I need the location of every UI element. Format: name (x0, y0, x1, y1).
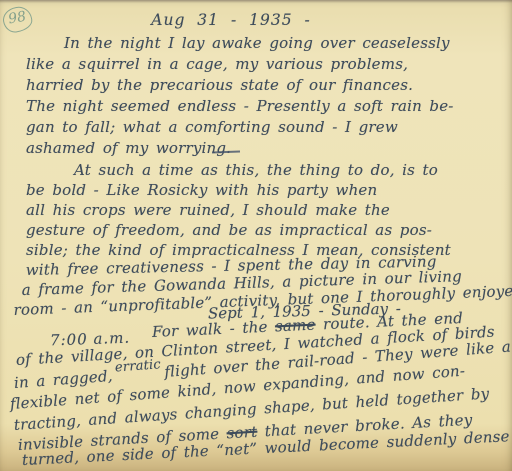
handwritten-text: be bold - Like Rosicky with his party wh… (26, 181, 377, 199)
handwritten-text: The night seemed endless - Presently a s… (26, 97, 454, 115)
handwriting-line: ashamed of my worrying. (26, 138, 454, 159)
handwriting-line: be bold - Like Rosicky with his party wh… (26, 180, 512, 200)
entry-date-aug-31: Aug 31 - 1935 - (0, 11, 462, 29)
handwritten-text: all his crops were ruined, I should make… (26, 201, 390, 219)
handwriting-line: gesture of freedom, and be as impractica… (26, 220, 512, 240)
handwriting-line: The night seemed endless - Presently a s… (26, 96, 454, 117)
handwritten-text: At such a time as this, the thing to do,… (74, 161, 438, 179)
handwritten-text: gan to fall; what a comforting sound - I… (26, 118, 398, 136)
handwritten-text: harried by the precarious state of our f… (26, 76, 413, 94)
handwritten-text: gesture of freedom, and be as impractica… (26, 221, 432, 239)
handwriting-line: In the night I lay awake going over ceas… (26, 33, 454, 54)
paragraph-night-worries: In the night I lay awake going over ceas… (26, 33, 454, 159)
handwritten-text: ashamed of my worrying. (26, 139, 231, 157)
inserted-word-above-line: erratic (112, 357, 165, 376)
handwriting-line: like a squirrel in a cage, my various pr… (26, 54, 454, 75)
paragraph-be-bold: At such a time as this, the thing to do,… (26, 160, 512, 320)
handwritten-text: In the night I lay awake going over ceas… (64, 34, 450, 52)
handwriting-line: all his crops were ruined, I should make… (26, 200, 512, 220)
handwriting-line: harried by the precarious state of our f… (26, 75, 454, 96)
journal-page: 98 Aug 31 - 1935 - In the night I lay aw… (0, 0, 512, 471)
handwriting-line: gan to fall; what a comforting sound - I… (26, 117, 454, 138)
handwritten-text: like a squirrel in a cage, my various pr… (26, 55, 408, 73)
handwriting-line: At such a time as this, the thing to do,… (26, 160, 512, 180)
